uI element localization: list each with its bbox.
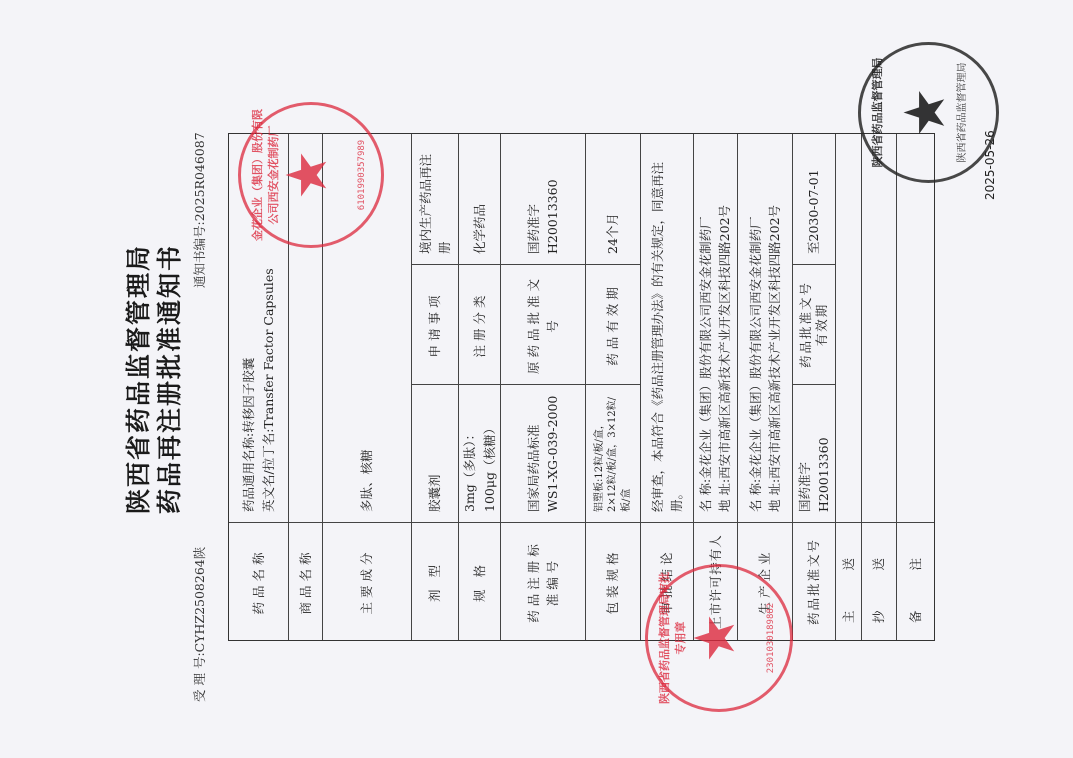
company-seal: 金花企业（集团）股份有限公司西安金花制药厂 ★ 6101990357989 [238, 102, 384, 248]
dosage-form-label: 剂 型 [412, 522, 459, 640]
drug-name-label: 药品名称 [229, 522, 289, 640]
application-value: 境内生产药品再注册 [412, 134, 459, 264]
remarks-label: 备 注 [897, 522, 934, 640]
acceptance-label: 受 理 号: [192, 652, 207, 702]
acceptance-number: 受 理 号:CYHZ2508264陕 [190, 547, 208, 702]
ingredients-label: 主要成分 [323, 522, 412, 640]
cc-label: 抄 送 [862, 522, 897, 640]
shelf-life-label: 药品有效期 [586, 264, 641, 384]
package-label: 包装规格 [586, 522, 641, 640]
english-name: 英文名/拉丁名:Transfer Factor Capsules [259, 268, 278, 512]
reg-class-value: 化学药品 [459, 134, 501, 264]
conclusion-value: 经审查，本品符合《药品注册管理办法》的有关规定，同意再注册。 [641, 134, 694, 522]
validity-value: 至2030-07-01 [793, 134, 836, 264]
approval-no-value: 国药准字H20013360 [793, 384, 836, 522]
dosage-form-value: 胶囊剂 [412, 384, 459, 522]
authority-seal-text: 陕西省药品监督管理局 [869, 45, 885, 180]
manufacturer-name: 名 称:金花企业（集团）股份有限公司西安金花制药厂 [746, 216, 765, 512]
reg-class-label: 注册分类 [459, 264, 501, 384]
issue-date: 2025-05-26 [983, 130, 997, 200]
main-recipient-label: 主 送 [836, 522, 862, 640]
mah-name: 名 称:金花企业（集团）股份有限公司西安金花制药厂 [697, 216, 715, 512]
title-notice: 药品再注册批准通知书 [150, 0, 186, 758]
validity-label: 药品批准文号有效期 [793, 264, 836, 384]
company-seal-number: 6101990357989 [357, 105, 367, 245]
shelf-life-value: 24个月 [586, 134, 641, 264]
package-value: 铝塑板:12粒/板/盒，2×12粒/板/盒，3×12粒/板/盒 [586, 384, 641, 522]
star-icon: ★ [280, 150, 336, 200]
standard-label: 药品注册标准编号 [501, 522, 586, 640]
acceptance-value: CYHZ2508264陕 [192, 547, 207, 653]
notice-label: 通知书编号: [192, 221, 207, 288]
star-icon: ★ [688, 613, 744, 663]
cc-value [862, 134, 897, 522]
trade-name-label: 商品名称 [289, 522, 323, 640]
review-seal: 陕西省药品监督管理局审批专用章 ★ 2301030189882 [645, 564, 793, 712]
authority-seal-bottom-text: 陕西省药品监督管理局 [953, 45, 968, 180]
orig-approval-label: 原药品批准文号 [501, 264, 586, 384]
notice-value: 2025R046087 [192, 132, 207, 221]
star-icon: ★ [898, 87, 954, 137]
spec-value: 3mg（多肽）：100μg（核糖） [459, 384, 501, 522]
mah-cell: 名 称:金花企业（集团）股份有限公司西安金花制药厂 地 址:西安市高新区高新技术… [694, 134, 738, 522]
approval-no-label: 药品批准文号 [793, 522, 836, 640]
review-seal-number: 2301030189882 [766, 567, 776, 709]
main-recipient-value [836, 134, 862, 522]
mah-address: 地 址:西安市高新区高新技术产业开发区科技四路202号 [716, 205, 734, 512]
notice-number: 通知书编号:2025R046087 [190, 132, 208, 288]
application-label: 申请事项 [412, 264, 459, 384]
manufacturer-cell: 名 称:金花企业（集团）股份有限公司西安金花制药厂 地 址:西安市高新区高新技术… [738, 134, 793, 522]
standard-value: 国家局药品标准WS1-XG-039-2000 [501, 384, 586, 522]
authority-seal: 陕西省药品监督管理局 ★ 陕西省药品监督管理局 [858, 42, 999, 183]
spec-label: 规 格 [459, 522, 501, 640]
remarks-value [897, 134, 934, 522]
orig-approval-value: 国药准字H20013360 [501, 134, 586, 264]
generic-name: 药品通用名称:转移因子胶囊 [239, 358, 258, 512]
manufacturer-address: 地 址:西安市高新区高新技术产业开发区科技四路202号 [765, 205, 784, 512]
notice-page: 陕西省药品监督管理局 药品再注册批准通知书 受 理 号:CYHZ2508264陕… [0, 0, 1073, 758]
